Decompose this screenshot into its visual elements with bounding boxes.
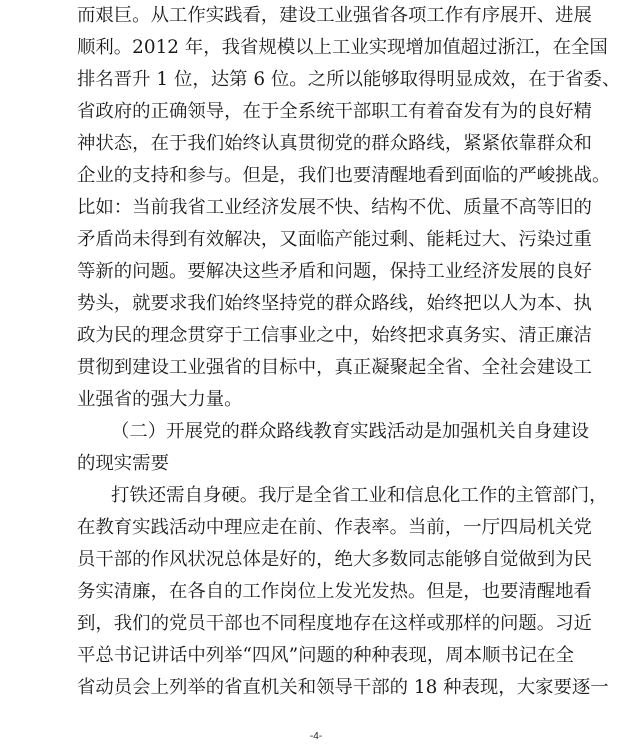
paragraph-line: 在教育实践活动中理应走在前、作表率。当前，一厅四局机关党 [77,512,557,544]
section-heading: （二）开展党的群众路线教育实践活动是加强机关自身建设 [111,416,557,448]
paragraph-line: 打铁还需自身硬。我厅是全省工业和信息化工作的主管部门， [111,480,557,512]
paragraph-line: 企业的支持和参与。但是，我们也要清醒地看到面临的严峻挑战。 [77,160,557,192]
paragraph-line: 省政府的正确领导，在于全系统干部职工有着奋发有为的良好精 [77,96,557,128]
paragraph-line: 到，我们的党员干部也不同程度地存在这样或那样的问题。习近 [77,608,557,640]
paragraph-line: 而艰巨。从工作实践看，建设工业强省各项工作有序展开、进展 [77,0,557,32]
paragraph-line: 顺利。2012 年，我省规模以上工业实现增加值超过浙江，在全国 [77,32,557,64]
paragraph-line: 矛盾尚未得到有效解决，又面临产能过剩、能耗过大、污染过重 [77,224,557,256]
paragraph-line: 神状态，在于我们始终认真贯彻党的群众路线，紧紧依靠群众和 [77,128,557,160]
section-heading: 的现实需要 [77,448,557,480]
paragraph-line: 比如：当前我省工业经济发展不快、结构不优、质量不高等旧的 [77,192,557,224]
paragraph-line: 贯彻到建设工业强省的目标中，真正凝聚起全省、全社会建设工 [77,352,557,384]
paragraph-line: 平总书记讲话中列举“四风”问题的种种表现，周本顺书记在全 [77,640,557,672]
page-number: -4- [0,730,632,744]
paragraph-line: 员干部的作风状况总体是好的，绝大多数同志能够自觉做到为民 [77,544,557,576]
paragraph-line: 务实清廉，在各自的工作岗位上发光发热。但是，也要清醒地看 [77,576,557,608]
paragraph-line: 业强省的强大力量。 [77,384,557,416]
paragraph-line: 势头，就要求我们始终坚持党的群众路线，始终把以人为本、执 [77,288,557,320]
paragraph-line: 政为民的理念贯穿于工信事业之中，始终把求真务实、清正廉洁 [77,320,557,352]
paragraph-line: 排名晋升 1 位，达第 6 位。之所以能够取得明显成效，在于省委、 [77,64,557,96]
document-page: 而艰巨。从工作实践看，建设工业强省各项工作有序展开、进展 顺利。2012 年，我… [0,0,632,748]
paragraph-line: 省动员会上列举的省直机关和领导干部的 18 种表现，大家要逐一 [77,672,557,704]
paragraph-line: 等新的问题。要解决这些矛盾和问题，保持工业经济发展的良好 [77,256,557,288]
